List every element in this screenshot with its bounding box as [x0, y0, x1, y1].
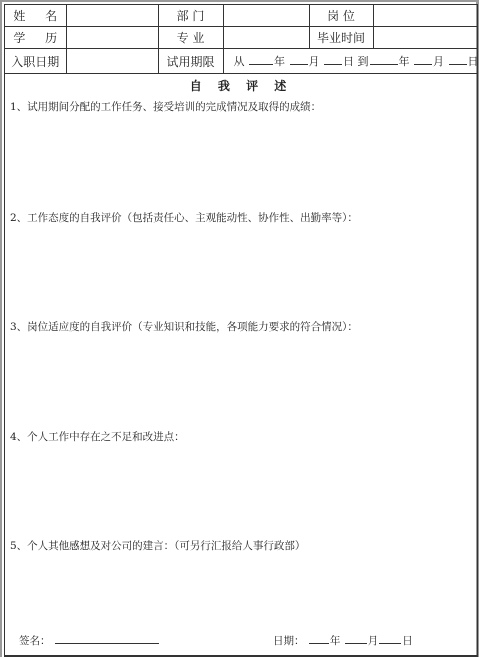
end-year-blank[interactable] — [370, 54, 398, 65]
education-label: 学 历 — [5, 27, 66, 49]
answer-3-area[interactable] — [10, 335, 470, 425]
info-row: 学 历 专 业 毕业时间 — [5, 27, 477, 49]
question-3: 3、岗位适应度的自我评价（专业知识和技能，各项能力要求的符合情况）： — [10, 319, 358, 334]
question-4: 4、个人工作中存在之不足和改进点： — [10, 429, 185, 444]
signature-block: 签名： — [19, 633, 160, 648]
start-month-blank[interactable] — [290, 54, 308, 65]
question-5: 5、个人其他感想及对公司的建言：（可另行汇报给人事行政部） — [10, 538, 305, 553]
to-text: 到 — [358, 55, 369, 68]
year-text: 年 — [399, 55, 410, 68]
department-label: 部 门 — [158, 5, 223, 27]
year-text: 年 — [330, 635, 341, 647]
position-field[interactable] — [373, 5, 477, 27]
question-2: 2、工作态度的自我评价（包括责任心、主观能动性、协作性、出勤率等）： — [10, 210, 358, 225]
education-field[interactable] — [66, 27, 158, 49]
question-1: 1、试用期间分配的工作任务、接受培训的完成情况及取得的成绩： — [10, 99, 321, 114]
end-day-blank[interactable] — [449, 54, 467, 65]
month-text: 月 — [309, 55, 320, 68]
signature-label: 签名： — [19, 635, 51, 647]
probation-label: 试用期限 — [158, 49, 223, 74]
probation-period-field[interactable]: 从 年 月 日 到年 月 日 — [223, 49, 477, 74]
document-page: 姓 名 部 门 岗 位 学 历 专 业 毕业时间 入职日期 试用期限 — [0, 0, 479, 657]
from-text: 从 — [234, 55, 245, 68]
year-text: 年 — [274, 55, 285, 68]
info-row: 姓 名 部 门 岗 位 — [5, 5, 477, 27]
date-year-blank[interactable] — [309, 633, 329, 644]
date-month-blank[interactable] — [345, 633, 367, 644]
date-label: 日期： — [273, 635, 305, 647]
form-frame: 姓 名 部 门 岗 位 学 历 专 业 毕业时间 入职日期 试用期限 — [4, 4, 478, 657]
start-day-blank[interactable] — [324, 54, 342, 65]
hire-date-label: 入职日期 — [5, 49, 66, 74]
department-field[interactable] — [223, 5, 309, 27]
info-row: 入职日期 试用期限 从 年 月 日 到年 月 日 — [5, 49, 477, 74]
answer-1-area[interactable] — [10, 115, 470, 205]
end-month-blank[interactable] — [414, 54, 432, 65]
date-day-blank[interactable] — [379, 633, 401, 644]
section-title: 自 我 评 述 — [5, 77, 477, 94]
graduation-date-field[interactable] — [373, 27, 477, 49]
name-field[interactable] — [66, 5, 158, 27]
major-label: 专 业 — [158, 27, 223, 49]
major-field[interactable] — [223, 27, 309, 49]
answer-5-area[interactable] — [10, 553, 470, 628]
hire-date-field[interactable] — [66, 49, 158, 74]
start-year-blank[interactable] — [249, 54, 273, 65]
employee-info-table: 姓 名 部 门 岗 位 学 历 专 业 毕业时间 入职日期 试用期限 — [5, 5, 477, 74]
month-text: 月 — [433, 55, 444, 68]
date-block: 日期： 年 月日 — [273, 633, 413, 648]
month-text: 月 — [368, 635, 379, 647]
name-label: 姓 名 — [5, 5, 66, 27]
graduation-date-label: 毕业时间 — [309, 27, 373, 49]
position-label: 岗 位 — [309, 5, 373, 27]
day-text: 日 — [343, 55, 354, 68]
day-text: 日 — [468, 55, 478, 68]
day-text: 日 — [402, 635, 413, 647]
answer-2-area[interactable] — [10, 225, 470, 315]
answer-4-area[interactable] — [10, 445, 470, 535]
signature-field[interactable] — [55, 633, 159, 644]
